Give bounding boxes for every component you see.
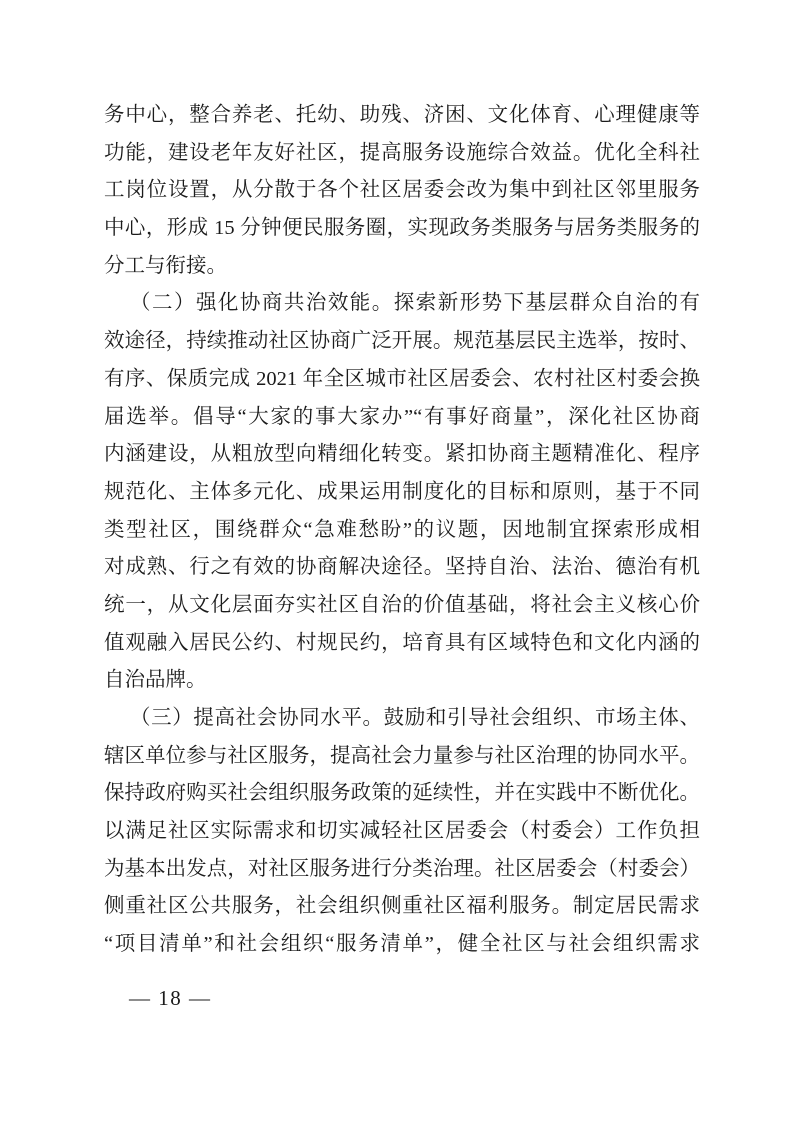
text-line: 工岗位设置，从分散于各个社区居委会改为集中到社区邻里服务 — [104, 172, 700, 210]
text-line: 值观融入居民公约、村规民约，培育具有区域特色和文化内涵的 — [104, 625, 700, 663]
page-number: — 18 — — [129, 984, 212, 1012]
text-line: 效途径，持续推动社区协商广泛开展。规范基层民主选举，按时、 — [104, 323, 700, 361]
text-line: 届选举。倡导“大家的事大家办”“有事好商量”，深化社区协商 — [104, 399, 700, 437]
text-line: 规范化、主体多元化、成果运用制度化的目标和原则，基于不同 — [104, 474, 700, 512]
text-line: 中心，形成 15 分钟便民服务圈，实现政务类服务与居务类服务的 — [104, 210, 700, 248]
text-line: 侧重社区公共服务，社会组织侧重社区福利服务。制定居民需求 — [104, 888, 700, 926]
text-line: 为基本出发点，对社区服务进行分类治理。社区居委会（村委会） — [104, 851, 700, 889]
text-line: 功能，建设老年友好社区，提高服务设施综合效益。优化全科社 — [104, 135, 700, 173]
text-line: （二）强化协商共治效能。探索新形势下基层群众自治的有 — [104, 285, 700, 323]
text-line: 辖区单位参与社区服务，提高社会力量参与社区治理的协同水平。 — [104, 738, 700, 776]
text-line: 务中心，整合养老、托幼、助残、济困、文化体育、心理健康等 — [104, 97, 700, 135]
text-line: 对成熟、行之有效的协商解决途径。坚持自治、法治、德治有机 — [104, 549, 700, 587]
text-line: “项目清单”和社会组织“服务清单”，健全社区与社会组织需求 — [104, 926, 700, 964]
document-page: 务中心，整合养老、托幼、助残、济困、文化体育、心理健康等功能，建设老年友好社区，… — [0, 0, 793, 1122]
text-line: 分工与衔接。 — [104, 248, 700, 286]
paragraph: （三）提高社会协同水平。鼓励和引导社会组织、市场主体、辖区单位参与社区服务，提高… — [104, 700, 700, 964]
paragraph: （二）强化协商共治效能。探索新形势下基层群众自治的有效途径，持续推动社区协商广泛… — [104, 285, 700, 700]
text-line: 类型社区，围绕群众“急难愁盼”的议题，因地制宜探索形成相 — [104, 512, 700, 550]
text-line: 内涵建设，从粗放型向精细化转变。紧扣协商主题精准化、程序 — [104, 436, 700, 474]
text-line: （三）提高社会协同水平。鼓励和引导社会组织、市场主体、 — [104, 700, 700, 738]
text-line: 保持政府购买社会组织服务政策的延续性，并在实践中不断优化。 — [104, 775, 700, 813]
text-block: 务中心，整合养老、托幼、助残、济困、文化体育、心理健康等功能，建设老年友好社区，… — [104, 97, 700, 964]
text-line: 统一，从文化层面夯实社区自治的价值基础，将社会主义核心价 — [104, 587, 700, 625]
text-line: 有序、保质完成 2021 年全区城市社区居委会、农村社区村委会换 — [104, 361, 700, 399]
paragraph: 务中心，整合养老、托幼、助残、济困、文化体育、心理健康等功能，建设老年友好社区，… — [104, 97, 700, 285]
text-line: 自治品牌。 — [104, 662, 700, 700]
text-line: 以满足社区实际需求和切实减轻社区居委会（村委会）工作负担 — [104, 813, 700, 851]
